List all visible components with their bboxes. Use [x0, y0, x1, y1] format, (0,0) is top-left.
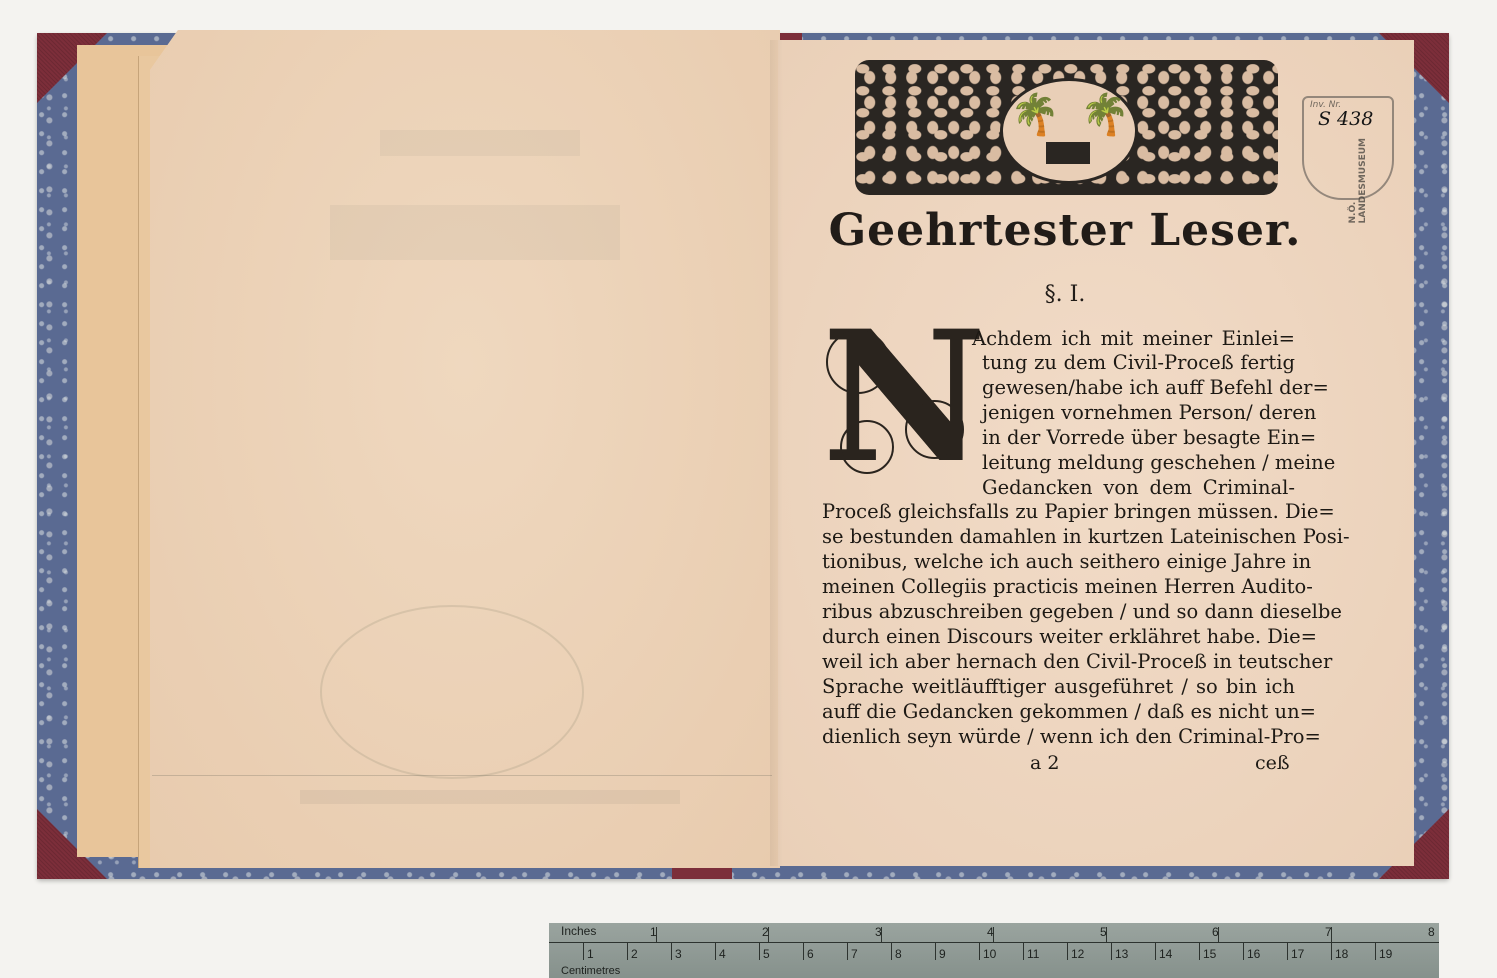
inch-label: 3: [875, 925, 882, 939]
stamp-museum-name: N.Ö. LANDESMUSEUM: [1348, 138, 1368, 223]
cm-label: 1: [587, 947, 594, 961]
ruler-centimetres-label: Centimetres: [561, 965, 620, 977]
cm-tick: [1067, 942, 1068, 960]
cm-label: 10: [983, 947, 996, 961]
text-line: ribus abzuschreiben gegeben / und so dan…: [822, 599, 1295, 624]
palm-tree-icon: 🌴: [1010, 95, 1060, 135]
altar-icon: [1044, 140, 1092, 166]
inch-label: 5: [1100, 925, 1107, 939]
cm-tick: [627, 942, 628, 960]
cm-label: 16: [1247, 947, 1260, 961]
cm-label: 9: [939, 947, 946, 961]
section-heading: §. I.: [1000, 282, 1130, 307]
show-through-seal: [320, 605, 584, 779]
cm-tick: [1111, 942, 1112, 960]
cm-label: 2: [631, 947, 638, 961]
cm-label: 11: [1027, 947, 1039, 961]
cm-tick: [891, 942, 892, 960]
measurement-ruler: Inches Centimetres 1 2 3 4 5 6 7 8 1 2 3…: [549, 923, 1439, 978]
cm-tick: [1155, 942, 1156, 960]
cm-label: 4: [719, 947, 726, 961]
text-line: meinen Collegiis practicis meinen Herren…: [822, 574, 1295, 599]
initial-flourish: [826, 330, 890, 394]
cm-tick: [671, 942, 672, 960]
cm-label: 7: [851, 947, 858, 961]
text-line: tionibus, welche ich auch seithero einig…: [822, 549, 1295, 574]
cm-tick: [715, 942, 716, 960]
show-through-rule: [152, 775, 772, 776]
cm-label: 18: [1335, 947, 1348, 961]
inch-label: 8: [1428, 925, 1435, 939]
text-line: jenigen vornehmen Person/ deren: [982, 400, 1295, 425]
text-line: se bestunden damahlen in kurtzen Lateini…: [822, 524, 1295, 549]
initial-flourish: [840, 420, 894, 474]
initial-flourish: [905, 400, 964, 459]
text-line: durch einen Discours weiter erklähret ha…: [822, 624, 1295, 649]
cm-label: 17: [1291, 947, 1304, 961]
inch-label: 6: [1212, 925, 1219, 939]
page-title: Geehrtester Leser.: [800, 205, 1330, 256]
inch-label: 2: [762, 925, 769, 939]
stamp-inventory-number: S 438: [1318, 108, 1373, 130]
cm-tick: [1243, 942, 1244, 960]
text-line: gewesen/habe ich auff Befehl der=: [982, 375, 1295, 400]
cm-tick: [1331, 942, 1332, 960]
cm-label: 13: [1115, 947, 1128, 961]
cm-tick: [1023, 942, 1024, 960]
show-through-imprint: [300, 790, 680, 804]
show-through-title: [330, 205, 620, 260]
catchword: ceß: [1255, 752, 1290, 774]
show-through-text: [380, 130, 580, 156]
text-line: Gedancken von dem Criminal-: [982, 475, 1295, 500]
ruler-inches-label: Inches: [561, 924, 596, 938]
text-line: tung zu dem Civil-Proceß fertig: [982, 350, 1295, 375]
museum-stamp: Inv. Nr. S 438 N.Ö. LANDESMUSEUM: [1302, 96, 1394, 200]
palm-tree-icon: 🌴: [1080, 95, 1130, 135]
text-line: dienlich seyn würde / wenn ich den Crimi…: [822, 724, 1295, 749]
inch-label: 1: [650, 925, 657, 939]
cm-label: 8: [895, 947, 902, 961]
cm-tick: [1375, 942, 1376, 960]
cm-label: 15: [1203, 947, 1216, 961]
text-line: Proceß gleichsfalls zu Papier bringen mü…: [822, 499, 1295, 524]
cm-label: 5: [763, 947, 770, 961]
inch-label: 7: [1325, 925, 1332, 939]
cm-tick: [1287, 942, 1288, 960]
text-line: weil ich aber hernach den Civil-Proceß i…: [822, 649, 1295, 674]
gutter-shadow: [770, 40, 792, 866]
cm-tick: [583, 942, 584, 960]
cm-tick: [803, 942, 804, 960]
text-line: Achdem ich mit meiner Einlei=: [972, 326, 1295, 351]
text-line: Sprache weitläufftiger ausgeführet / so …: [822, 674, 1295, 699]
cm-tick: [1199, 942, 1200, 960]
text-line: in der Vorrede über besagte Ein=: [982, 425, 1295, 450]
cm-tick: [979, 942, 980, 960]
cm-label: 6: [807, 947, 814, 961]
cm-tick: [759, 942, 760, 960]
cm-tick: [935, 942, 936, 960]
signature-mark: a 2: [1030, 752, 1059, 774]
inch-label: 4: [987, 925, 994, 939]
cm-label: 14: [1159, 947, 1172, 961]
cm-tick: [847, 942, 848, 960]
text-line: leitung meldung geschehen / meine: [982, 450, 1295, 475]
cm-label: 3: [675, 947, 682, 961]
text-line: auff die Gedancken gekommen / daß es nic…: [822, 699, 1295, 724]
cm-label: 12: [1071, 947, 1084, 961]
ruler-center-line: [549, 942, 1439, 943]
cm-label: 19: [1379, 947, 1392, 961]
